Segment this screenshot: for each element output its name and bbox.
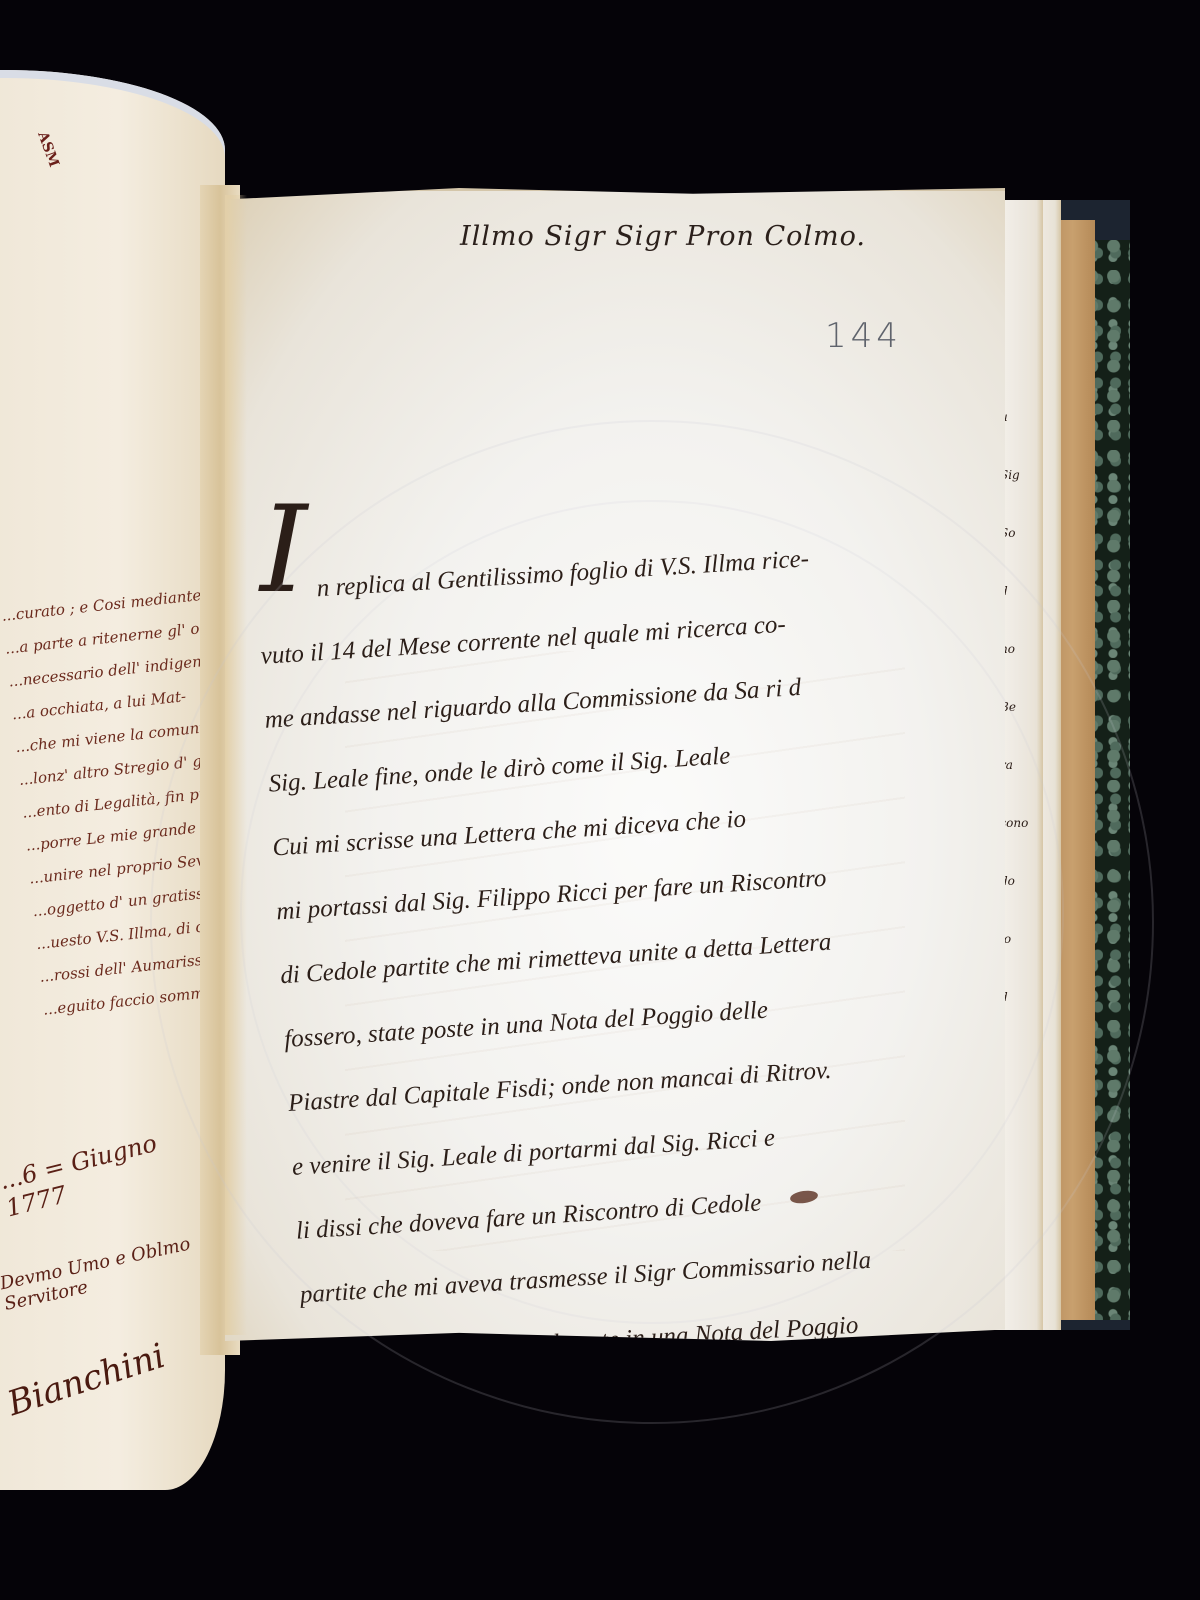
leaf-fragment: lo bbox=[1000, 910, 1070, 968]
leaf-fragment: u bbox=[1000, 388, 1070, 446]
leaf-fragment: no bbox=[1000, 620, 1070, 678]
leaf-edge-text: l u Sig So d no Be ra sono do lo d bbox=[1000, 330, 1070, 1026]
leaf-fragment: So bbox=[1000, 504, 1070, 562]
left-page: ASM ...curato ; e Cosi mediante ...a par… bbox=[0, 70, 225, 1490]
leaf-fragment: d bbox=[1000, 562, 1070, 620]
leaf-fragment: do bbox=[1000, 852, 1070, 910]
leaf-fragment: Be bbox=[1000, 678, 1070, 736]
letter-closing: Devmo Umo e Oblmo Servitore bbox=[0, 1227, 225, 1315]
folio-number: 144 bbox=[825, 316, 902, 356]
leaf-fragment: sono bbox=[1000, 794, 1070, 852]
archive-stamp: ASM bbox=[0, 130, 66, 201]
addressee-heading: Illmo Sigr Sigr Pron Colmo. bbox=[460, 221, 866, 252]
leaf-fragment: d bbox=[1000, 968, 1070, 1026]
manuscript-photo: ASM ...curato ; e Cosi mediante ...a par… bbox=[0, 0, 1200, 1600]
left-page-text: ...curato ; e Cosi mediante ...a parte a… bbox=[0, 578, 225, 1027]
signature: Bianchini bbox=[3, 1336, 170, 1424]
leaf-fragment: ra bbox=[1000, 736, 1070, 794]
leaf-fragment: Sig bbox=[1000, 446, 1070, 504]
letter-date: ...6 = Giugno 1777 bbox=[0, 1114, 225, 1223]
letter-body: n replica al Gentilissimo foglio di V.S.… bbox=[255, 517, 1005, 1341]
page-edge-stain bbox=[225, 195, 247, 1335]
leaf-fragment: l bbox=[1000, 330, 1070, 388]
right-page: Illmo Sigr Sigr Pron Colmo. 144 I n repl… bbox=[225, 188, 1005, 1341]
